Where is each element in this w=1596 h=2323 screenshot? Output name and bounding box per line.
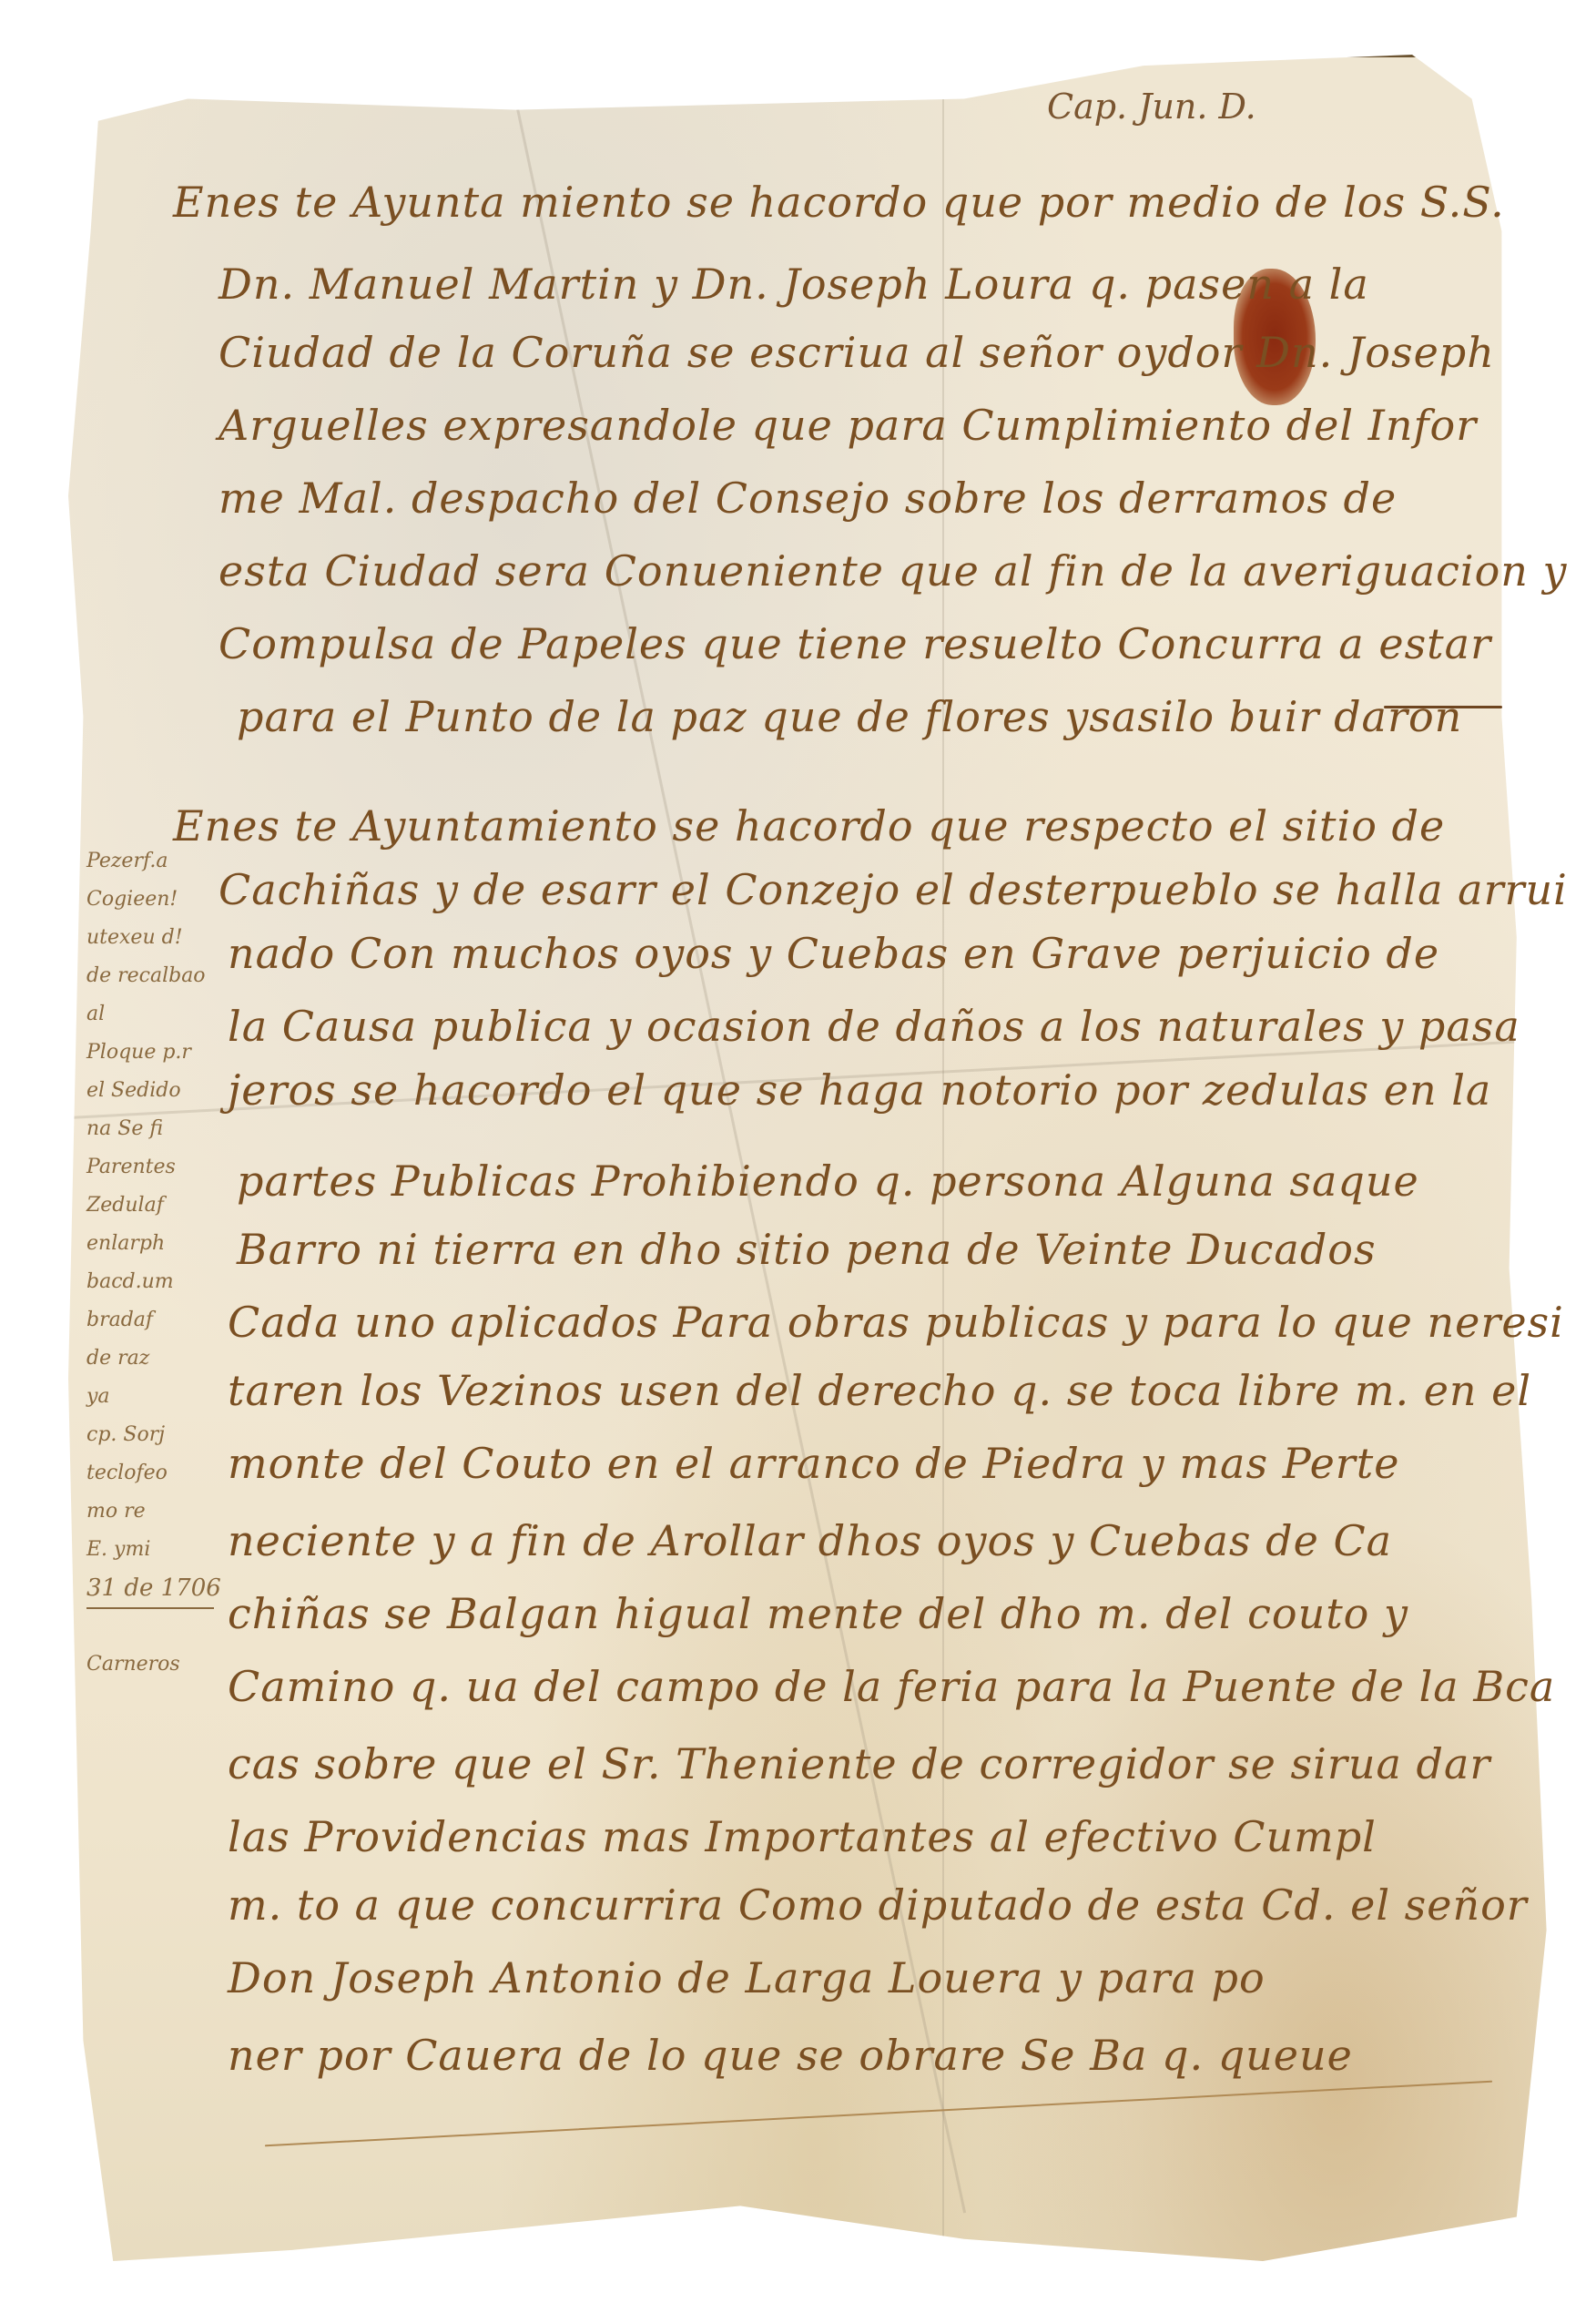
- text-line: Ciudad de la Coruña se escriua al señor …: [219, 328, 1495, 377]
- margin-line: enlarph: [86, 1225, 214, 1263]
- margin-line: Ploque p.r: [86, 1034, 214, 1072]
- line-end-rule: [1384, 706, 1502, 708]
- text-line: Don Joseph Antonio de Larga Louera y par…: [228, 1953, 1266, 2002]
- text-line: esta Ciudad sera Conueniente que al fin …: [219, 546, 1568, 596]
- margin-line: de recalbao: [86, 957, 214, 995]
- text-line: Barro ni tierra en dho sitio pena de Vei…: [237, 1225, 1377, 1274]
- text-line: me Mal. despacho del Consejo sobre los d…: [219, 474, 1397, 523]
- text-line: Cachiñas y de esarr el Conzejo el dester…: [219, 865, 1568, 914]
- margin-line: bacd.um: [86, 1263, 214, 1301]
- text-line: m. to a que concurrira Como diputado de …: [228, 1880, 1528, 1930]
- closing-flourish: [265, 2081, 1492, 2147]
- text-line: neciente y a fin de Arollar dhos oyos y …: [228, 1516, 1392, 1565]
- margin-line: Carneros: [86, 1645, 214, 1684]
- margin-note: Pezerf.a Cogieen! utexeu d! de recalbao …: [86, 842, 214, 1684]
- text-line: chiñas se Balgan higual mente del dho m.…: [228, 1589, 1408, 1638]
- text-line: Cada uno aplicados Para obras publicas y…: [228, 1298, 1564, 1347]
- text-line: la Causa publica y ocasion de daños a lo…: [228, 1002, 1520, 1051]
- text-line: Enes te Ayuntamiento se hacordo que resp…: [173, 801, 1445, 851]
- text-line: monte del Couto en el arranco de Piedra …: [228, 1439, 1400, 1488]
- body-text: Enes te Ayunta miento se hacordo que por…: [0, 0, 1596, 2323]
- margin-line: bradaf: [86, 1301, 214, 1340]
- text-line: Camino q. ua del campo de la feria para …: [228, 1662, 1555, 1711]
- margin-line: de raz: [86, 1340, 214, 1378]
- text-line: cas sobre que el Sr. Theniente de correg…: [228, 1739, 1490, 1788]
- text-line: Arguelles expresandole que para Cumplimi…: [219, 401, 1477, 450]
- margin-line: Cogieen!: [86, 881, 214, 919]
- text-line: ner por Cauera de lo que se obrare Se Ba…: [228, 2031, 1353, 2080]
- text-line: Enes te Ayunta miento se hacordo que por…: [173, 178, 1505, 227]
- text-line: nado Con muchos oyos y Cuebas en Grave p…: [228, 929, 1439, 978]
- margin-line: Zedulaf: [86, 1187, 214, 1225]
- text-line: jeros se hacordo el que se haga notorio …: [228, 1065, 1491, 1115]
- text-line: para el Punto de la paz que de flores ys…: [237, 692, 1462, 741]
- margin-line: 31 de 1706: [86, 1569, 214, 1609]
- text-line: Compulsa de Papeles que tiene resuelto C…: [219, 619, 1491, 668]
- margin-line: Pezerf.a: [86, 842, 214, 881]
- margin-line: E. ymi: [86, 1531, 214, 1569]
- margin-line: Parentes: [86, 1148, 214, 1187]
- margin-line: el Sedido: [86, 1072, 214, 1110]
- margin-line: ya: [86, 1378, 214, 1416]
- text-line: las Providencias mas Importantes al efec…: [228, 1812, 1377, 1861]
- text-line: partes Publicas Prohibiendo q. persona A…: [237, 1156, 1419, 1206]
- margin-line: al: [86, 995, 214, 1034]
- margin-line: cp. Sorj: [86, 1416, 214, 1454]
- text-line: taren los Vezinos usen del derecho q. se…: [228, 1366, 1531, 1415]
- margin-line: na Se fi: [86, 1110, 214, 1148]
- margin-line: utexeu d!: [86, 919, 214, 957]
- text-line: Dn. Manuel Martin y Dn. Joseph Loura q. …: [219, 260, 1369, 309]
- margin-line: teclofeo: [86, 1454, 214, 1493]
- margin-line: mo re: [86, 1493, 214, 1531]
